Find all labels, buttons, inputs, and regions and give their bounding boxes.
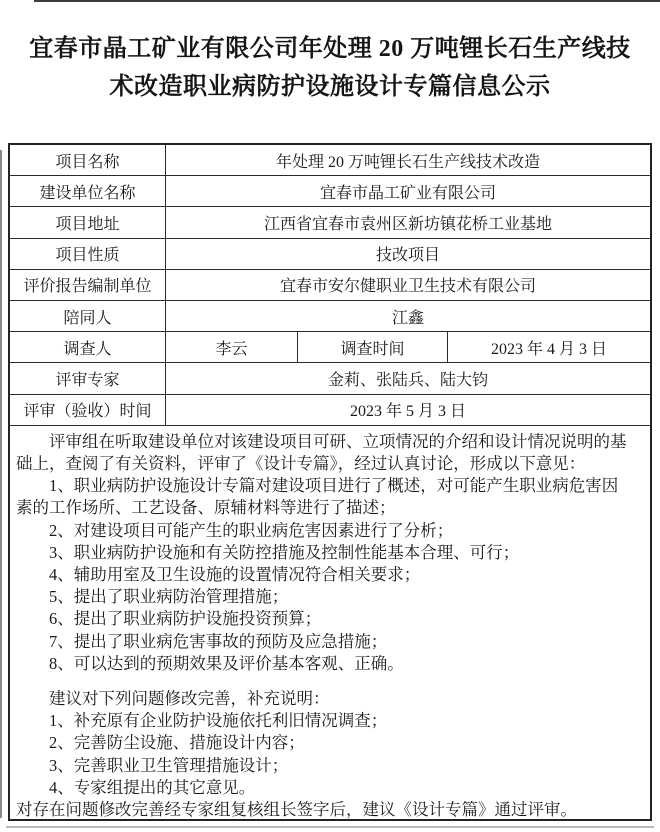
row-value: 宜春市晶工矿业有限公司 bbox=[166, 176, 650, 206]
opinion-line: 4、辅助用室及卫生设施的设置情况符合相关要求； bbox=[16, 564, 645, 586]
opinion-line: 2、完善防尘设施、措施设计内容； bbox=[16, 732, 645, 754]
scan-artifact-left-line bbox=[0, 150, 2, 818]
row-label: 项目名称 bbox=[10, 145, 166, 175]
row-value: 年处理 20 万吨锂长石生产线技术改造 bbox=[166, 145, 650, 175]
row-label: 评价报告编制单位 bbox=[10, 270, 166, 300]
project-info-table: 项目名称 年处理 20 万吨锂长石生产线技术改造 建设单位名称 宜春市晶工矿业有… bbox=[8, 143, 652, 821]
table-row-accompanying-person: 陪同人 江鑫 bbox=[10, 301, 650, 332]
opinion-line: 3、完善职业卫生管理措施设计； bbox=[16, 755, 645, 777]
table-row-report-unit: 评价报告编制单位 宜春市安尔健职业卫生技术有限公司 bbox=[10, 270, 650, 301]
table-row-review-experts: 评审专家 金莉、张陆兵、陆大钧 bbox=[10, 363, 650, 394]
opinion-line: 评审组在听取建设单位对该建设项目可研、立项情况的介绍和设计情况说明的基 bbox=[16, 431, 645, 453]
row-value: 江鑫 bbox=[166, 301, 650, 331]
opinion-line: 素的工作场所、工艺设备、原辅材料等进行了描述； bbox=[16, 497, 645, 519]
opinion-line: 2、对建设项目可能产生的职业病危害因素进行了分析； bbox=[16, 520, 645, 542]
row-label: 项目地址 bbox=[10, 207, 166, 237]
table-row-project-nature: 项目性质 技改项目 bbox=[10, 239, 650, 270]
table-row-surveyor: 调查人 李云 调查时间 2023 年 4 月 3 日 bbox=[10, 332, 650, 363]
row-label: 项目性质 bbox=[10, 239, 166, 269]
row-value: 江西省宜春市袁州区新坊镇花桥工业基地 bbox=[166, 207, 650, 237]
row-label: 建设单位名称 bbox=[10, 176, 166, 206]
scan-artifact-bottom-line bbox=[6, 826, 654, 828]
row-value: 宜春市安尔健职业卫生技术有限公司 bbox=[166, 270, 650, 300]
row-label: 评审（验收）时间 bbox=[10, 395, 166, 425]
opinion-line: 5、提出了职业病防治管理措施； bbox=[16, 586, 645, 608]
row-value: 金莉、张陆兵、陆大钧 bbox=[166, 363, 650, 393]
page-title-line-2: 术改造职业病防护设施设计专篇信息公示 bbox=[0, 68, 660, 106]
table-row-project-name: 项目名称 年处理 20 万吨锂长石生产线技术改造 bbox=[10, 145, 650, 176]
row-value: 技改项目 bbox=[166, 239, 650, 269]
opinion-line: 7、提出了职业病危害事故的预防及应急措施； bbox=[16, 631, 645, 653]
row-label: 陪同人 bbox=[10, 301, 166, 331]
opinion-line: 6、提出了职业病防护设施投资预算； bbox=[16, 608, 645, 630]
page-title: 宜春市晶工矿业有限公司年处理 20 万吨锂长石生产线技 术改造职业病防护设施设计… bbox=[0, 30, 660, 106]
opinion-line: 础上，查阅了有关资料，评审了《设计专篇》，经过认真讨论，形成以下意见： bbox=[16, 453, 645, 475]
table-row-review-time: 评审（验收）时间 2023 年 5 月 3 日 bbox=[10, 395, 650, 426]
surveyor-label: 调查人 bbox=[10, 332, 166, 362]
surveyor-name: 李云 bbox=[166, 332, 298, 362]
table-row-project-address: 项目地址 江西省宜春市袁州区新坊镇花桥工业基地 bbox=[10, 207, 650, 238]
survey-time-label: 调查时间 bbox=[298, 332, 448, 362]
opinion-line: 4、专家组提出的其它意见。 bbox=[16, 777, 645, 799]
opinion-line: 对存在问题修改完善经专家组复核组长签字后，建议《设计专篇》通过评审。 bbox=[16, 799, 645, 821]
opinion-line: 建议对下列问题修改完善，补充说明： bbox=[16, 688, 645, 710]
opinion-line: 1、职业病防护设施设计专篇对建设项目进行了概述，对可能产生职业病危害因 bbox=[16, 475, 645, 497]
scan-artifact-top-line bbox=[34, 0, 660, 2]
page-title-line-1: 宜春市晶工矿业有限公司年处理 20 万吨锂长石生产线技 bbox=[0, 30, 660, 68]
table-row-construction-unit: 建设单位名称 宜春市晶工矿业有限公司 bbox=[10, 176, 650, 207]
review-opinion-block: 评审组在听取建设单位对该建设项目可研、立项情况的介绍和设计情况说明的基 础上，查… bbox=[10, 426, 650, 822]
opinion-line: 8、可以达到的预期效果及评价基本客观、正确。 bbox=[16, 653, 645, 675]
row-value: 2023 年 5 月 3 日 bbox=[166, 395, 650, 425]
survey-time-value: 2023 年 4 月 3 日 bbox=[448, 332, 650, 362]
row-label: 评审专家 bbox=[10, 363, 166, 393]
opinion-line: 1、补充原有企业防护设施依托利旧情况调查； bbox=[16, 710, 645, 732]
opinion-line: 3、职业病防护设施和有关防控措施及控制性能基本合理、可行； bbox=[16, 542, 645, 564]
